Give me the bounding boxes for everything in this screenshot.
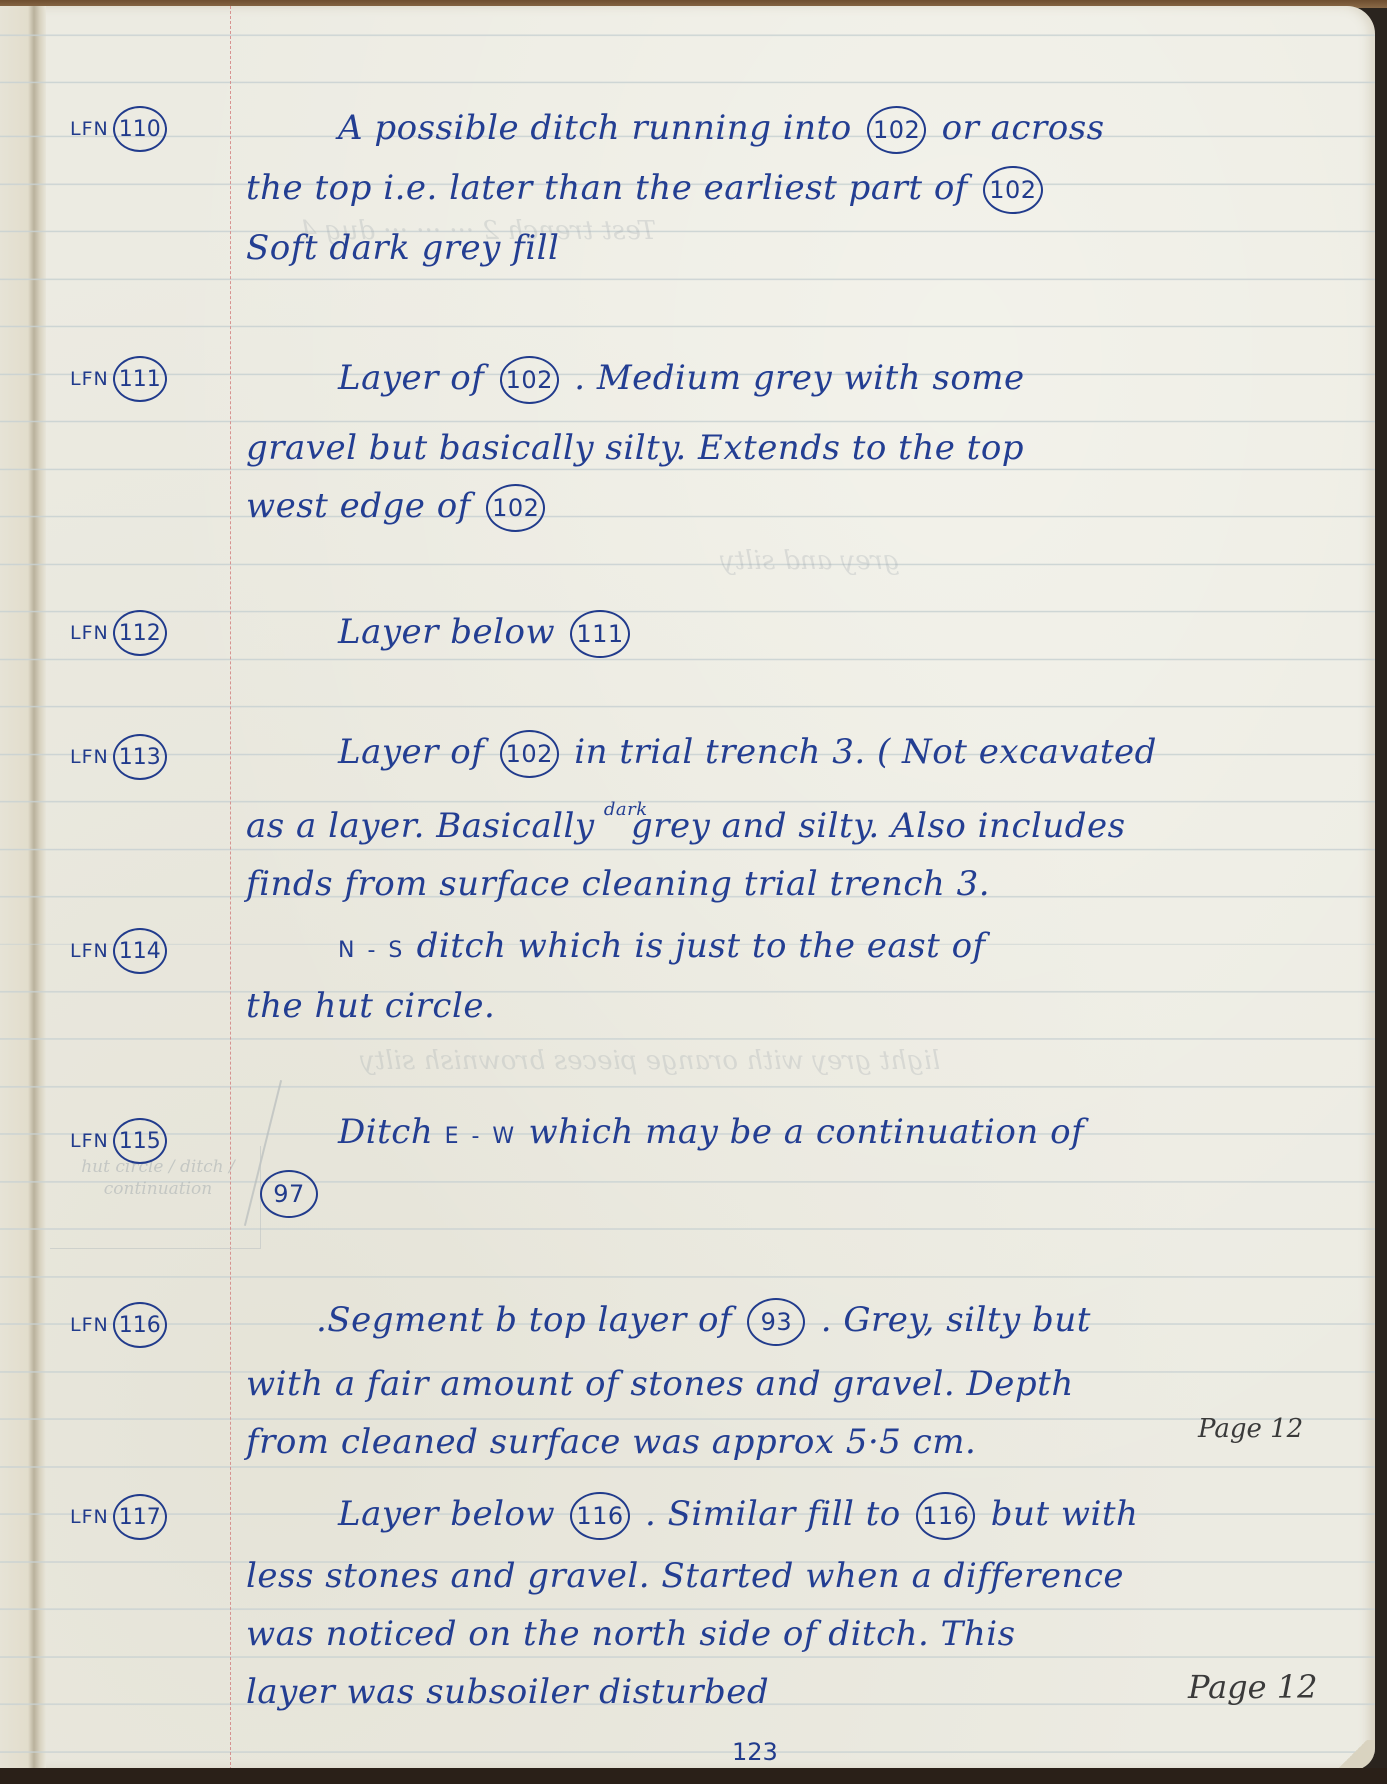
scan-bottom-edge — [0, 1768, 1387, 1784]
entry-110-line-2: the top i.e. later than the earliest par… — [246, 166, 1047, 214]
context-number-circle: 117 — [113, 1494, 167, 1540]
text: west edge of — [246, 486, 471, 526]
context-ref-circle: 102 — [500, 356, 559, 404]
entry-113-line-1: Layer of 102 in trial trench 3. ( Not ex… — [246, 730, 1157, 778]
entry-117-line-3: was noticed on the north side of ditch. … — [246, 1614, 1016, 1654]
context-ref-circle: 97 — [260, 1170, 318, 1218]
context-ref-circle: 102 — [500, 730, 559, 778]
entry-113-line-3: finds from surface cleaning trial trench… — [246, 864, 990, 904]
entry-112-line-1: Layer below 111 — [246, 610, 634, 658]
context-number-circle: 111 — [113, 356, 167, 402]
page-number: 123 — [732, 1738, 778, 1766]
entry-115-line-2: 97 — [256, 1170, 322, 1218]
text: or across — [942, 108, 1105, 148]
lfn-label: LFN — [70, 940, 109, 962]
text: which may be a continuation of — [528, 1112, 1084, 1152]
entry-111-line-1: Layer of 102 . Medium grey with some — [246, 356, 1025, 404]
context-ref-circle: 93 — [747, 1298, 805, 1346]
show-through-text: grey and silty — [720, 546, 900, 576]
pencil-page-note: Page 12 — [1198, 1414, 1303, 1444]
entry-label-114: LFN 114 — [70, 928, 167, 974]
text: . Grey, silty but — [821, 1300, 1091, 1340]
text: Layer below — [338, 1494, 555, 1534]
entry-110-line-1: A possible ditch running into 102 or acr… — [246, 106, 1105, 154]
lfn-label: LFN — [70, 1506, 109, 1528]
lfn-label: LFN — [70, 746, 109, 768]
text: in trial trench 3. ( Not excavated — [574, 732, 1157, 772]
lfn-label: LFN — [70, 1130, 109, 1152]
entry-116-line-1: .Segment b top layer of 93 . Grey, silty… — [246, 1298, 1091, 1346]
text: Layer of — [338, 732, 484, 772]
text: .Segment b top layer of — [316, 1300, 732, 1340]
entry-114-line-2: the hut circle. — [246, 986, 495, 1026]
entry-110-line-3: Soft dark grey fill — [246, 228, 559, 268]
text: Layer of — [338, 358, 484, 398]
text: . Medium grey with some — [574, 358, 1024, 398]
text: but with — [991, 1494, 1139, 1534]
text: A possible ditch running into — [338, 108, 852, 148]
page-corner-fold — [1329, 1740, 1375, 1770]
context-ref-circle: 102 — [486, 484, 545, 532]
text: ditch which is just to the east of — [417, 926, 986, 966]
entry-label-115: LFN 115 — [70, 1118, 167, 1164]
entry-111-line-2: gravel but basically silty. Extends to t… — [246, 428, 1024, 468]
entry-label-112: LFN 112 — [70, 610, 167, 656]
entry-label-111: LFN 111 — [70, 356, 167, 402]
context-number-circle: 113 — [113, 734, 167, 780]
context-number-circle: 114 — [113, 928, 167, 974]
entry-116-line-2: with a fair amount of stones and gravel.… — [246, 1364, 1074, 1404]
direction-label: E - W — [445, 1124, 518, 1149]
context-ref-circle: 111 — [570, 610, 629, 658]
red-margin-line — [230, 6, 231, 1770]
lfn-label: LFN — [70, 368, 109, 390]
notebook-page: Test trench 2 ··· ··· ··· dug 4 grey and… — [0, 6, 1375, 1770]
entry-115-line-1: Ditch E - W which may be a continuation … — [246, 1112, 1084, 1152]
context-ref-circle: 102 — [867, 106, 926, 154]
context-ref-circle: 102 — [983, 166, 1042, 214]
text: as a layer. Basically — [246, 806, 595, 846]
entry-label-116: LFN 116 — [70, 1302, 167, 1348]
entry-117-line-2: less stones and gravel. Started when a d… — [246, 1556, 1124, 1596]
entry-label-117: LFN 117 — [70, 1494, 167, 1540]
context-ref-circle: 116 — [570, 1492, 629, 1540]
text: the top i.e. later than the earliest par… — [246, 168, 968, 208]
text: grey and silty. Also includes — [631, 806, 1126, 846]
context-number-circle: 110 — [113, 106, 167, 152]
entry-113-line-2: as a layer. Basically dark grey and silt… — [246, 806, 1126, 846]
entry-116-line-3: from cleaned surface was approx 5·5 cm. — [246, 1422, 976, 1462]
entry-111-line-3: west edge of 102 — [246, 484, 549, 532]
insertion-superscript: dark — [604, 799, 648, 820]
context-number-circle: 112 — [113, 610, 167, 656]
show-through-text: light grey with orange pieces brownish s… — [360, 1046, 940, 1076]
context-ref-circle: 116 — [916, 1492, 975, 1540]
entry-label-110: LFN 110 — [70, 106, 167, 152]
text: Layer below — [338, 612, 555, 652]
lfn-label: LFN — [70, 622, 109, 644]
context-number-circle: 116 — [113, 1302, 167, 1348]
entry-label-113: LFN 113 — [70, 734, 167, 780]
context-number-circle: 115 — [113, 1118, 167, 1164]
direction-label: N - S — [338, 938, 405, 963]
entry-117-line-1: Layer below 116 . Similar fill to 116 bu… — [246, 1492, 1138, 1540]
lfn-label: LFN — [70, 118, 109, 140]
entry-114-line-1: N - S ditch which is just to the east of — [246, 926, 986, 966]
entry-117-line-4: layer was subsoiler disturbed — [246, 1672, 769, 1712]
pencil-page-note: Page 12 — [1188, 1668, 1317, 1706]
text: . Similar fill to — [645, 1494, 901, 1534]
lfn-label: LFN — [70, 1314, 109, 1336]
text: Ditch — [338, 1112, 433, 1152]
